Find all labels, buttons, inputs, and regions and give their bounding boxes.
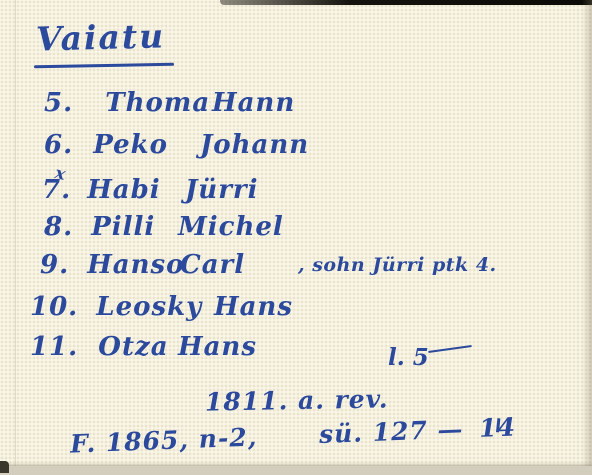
archive-index-card: Vaiatu x 5. Thoma Hann 6. Peko Johann 7.… [0,0,592,475]
entry-given-name: Hann [212,88,295,118]
entry-given-name: Hans [214,292,293,322]
entry-given-name: Michel [178,212,284,242]
entry-given-name: Carl [180,250,245,280]
archive-reference-line: F. 1865, n-2, sü. 127 — 14 [70,410,571,458]
pen-flourish [428,345,472,353]
entry-number: 9. [40,250,69,280]
leaf-number-note: l. 5 [388,344,429,371]
entry-given-name: Hans [178,332,257,362]
entry-surname: Leosky [96,292,202,322]
entry-surname: Thoma [105,88,210,118]
entry-row: 11. Otza Hans [30,332,169,362]
scan-edge-bottom [0,466,592,475]
scan-edge-corner-mark [0,461,9,473]
entry-row: 6. Peko Johann [44,130,168,160]
storage-unit-and-page: sü. 127 — [318,415,464,450]
card-edge-crease [15,0,16,475]
entry-surname: Habi [87,175,160,205]
entry-number: 10. [30,292,78,322]
card-title: Vaiatu [36,16,166,58]
scan-edge-right [582,0,592,475]
entry-given-name: Jürri [185,175,258,205]
entry-row: 8. Pilli Michel [44,212,155,242]
entry-surname: Otza [98,332,168,362]
title-underline [34,63,174,68]
entry-row: 10. Leosky Hans [30,292,202,322]
scan-edge-top [220,0,592,5]
corrected-number: 14 [479,412,517,442]
entry-number: 5. [44,88,73,118]
entry-surname: Hanso [87,250,184,280]
entry-surname: Pilli [91,212,155,242]
entry-row: 7. Habi Jürri [42,175,161,205]
entry-number: 11. [30,332,78,362]
entry-number: 6. [44,130,73,160]
revision-year-line: 1811. a. rev. [205,384,389,416]
entry-number: 8. [44,212,73,242]
entry-given-name: Johann [200,130,309,160]
entry-note: , sohn Jürri ptk 4. [298,254,497,276]
entry-row: 9. Hanso Carl , sohn Jürri ptk 4. [40,250,185,280]
fond-and-series: F. 1865, n-2, [70,422,258,458]
entry-surname: Peko [93,130,168,160]
entry-number: 7. [42,175,71,205]
entry-row: 5. Thoma Hann [44,88,210,118]
